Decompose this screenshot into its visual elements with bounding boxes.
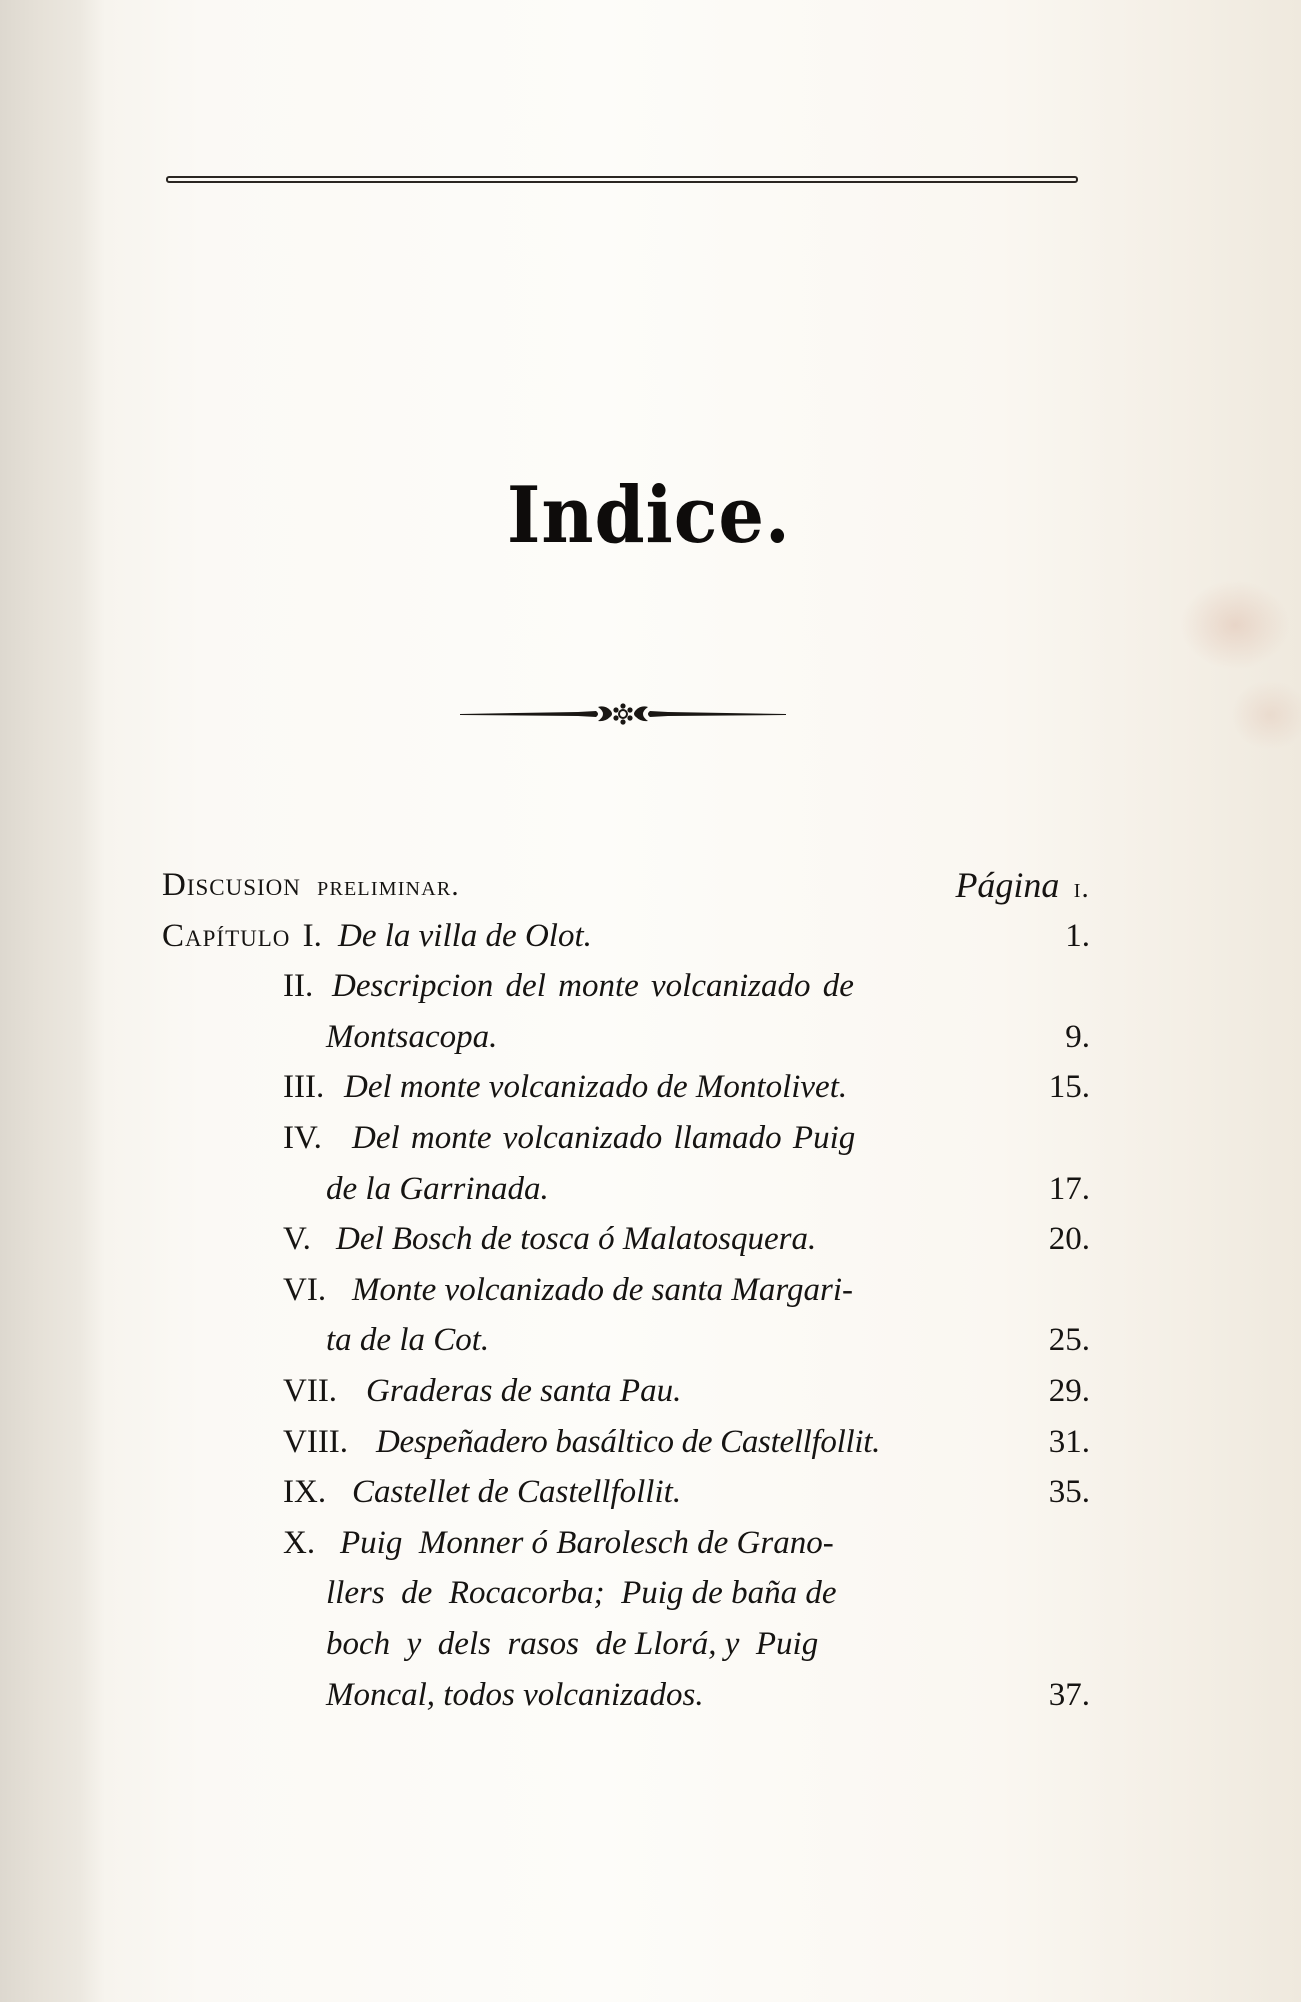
toc-entry-chapter-4[interactable]: IV. Del monte volcanizado llamado Puig: [162, 1113, 1090, 1164]
toc-entry-chapter-10-continued[interactable]: boch y dels rasos de Llorá, y Puig: [162, 1619, 1090, 1670]
chapter-title: De la villa de Olot.: [338, 911, 592, 962]
chapter-label: Capítulo I.: [162, 911, 322, 962]
toc-entry-chapter-4-continued[interactable]: de la Garrinada. 17.: [162, 1164, 1090, 1215]
page-number: 17.: [1049, 1164, 1090, 1215]
chapter-title: Del Bosch de tosca ó Malatosquera.: [336, 1214, 816, 1265]
chapter-title: Del monte volcanizado llamado Puig: [352, 1113, 855, 1164]
entry-label: Discusion preliminar.: [162, 860, 460, 912]
page-number: 31.: [1049, 1417, 1090, 1468]
chapter-numeral: VII.: [283, 1366, 337, 1417]
chapter-numeral: I.: [303, 918, 322, 954]
chapter-title: Del monte volcanizado de Montolivet.: [344, 1062, 847, 1113]
page-number: 20.: [1049, 1214, 1090, 1265]
chapter-numeral: III.: [283, 1062, 324, 1113]
ornament-divider-icon: [458, 700, 788, 730]
toc-entry-chapter-6-continued[interactable]: ta de la Cot. 25.: [162, 1315, 1090, 1366]
chapter-title: Puig Monner ó Barolesch de Grano-: [340, 1518, 834, 1569]
toc-entry-chapter-10-continued[interactable]: llers de Rocacorba; Puig de baña de: [162, 1568, 1090, 1619]
toc-entry-preliminary[interactable]: Discusion preliminar. Página i.: [162, 860, 1090, 911]
chapter-numeral: IX.: [283, 1467, 326, 1518]
chapter-title-continued: boch y dels rasos de Llorá, y Puig: [326, 1619, 818, 1670]
chapter-numeral: VI.: [283, 1265, 326, 1316]
chapter-numeral: VIII.: [283, 1417, 348, 1468]
toc-entry-chapter-3[interactable]: III. Del monte volcanizado de Montolivet…: [162, 1062, 1090, 1113]
chapter-title-continued: de la Garrinada.: [326, 1164, 549, 1215]
page-number: 25.: [1049, 1315, 1090, 1366]
chapter-title-continued: Moncal, todos volcanizados.: [326, 1670, 704, 1721]
chapter-title: Castellet de Castellfollit.: [352, 1467, 681, 1518]
page-number: 1.: [1065, 911, 1090, 962]
page-number: 15.: [1049, 1062, 1090, 1113]
chapter-numeral: X.: [283, 1518, 315, 1569]
toc-entry-chapter-8[interactable]: VIII. Despeñadero basáltico de Castellfo…: [162, 1417, 1090, 1468]
toc-entry-chapter-1[interactable]: Capítulo I. De la villa de Olot. 1.: [162, 911, 1090, 962]
chapter-title-continued: llers de Rocacorba; Puig de baña de: [326, 1568, 836, 1619]
page-number: Página i.: [955, 860, 1090, 914]
toc-entry-chapter-6[interactable]: VI. Monte volcanizado de santa Margari-: [162, 1265, 1090, 1316]
foxing-stain: [1180, 580, 1290, 670]
toc-entry-chapter-2-continued[interactable]: Montsacopa. 9.: [162, 1012, 1090, 1063]
page-number: 37.: [1049, 1670, 1090, 1721]
chapter-title: Descripcion del monte volcanizado de: [332, 961, 854, 1012]
chapter-title-continued: Montsacopa.: [326, 1012, 497, 1063]
page-title: Indice.: [50, 470, 1247, 561]
chapter-title: Despeñadero basáltico de Castellfollit.: [376, 1417, 880, 1468]
page-number: 9.: [1065, 1012, 1090, 1063]
foxing-stain: [1230, 680, 1301, 750]
chapter-numeral: IV.: [283, 1113, 322, 1164]
toc-entry-chapter-9[interactable]: IX. Castellet de Castellfollit. 35.: [162, 1467, 1090, 1518]
top-double-rule: [166, 176, 1078, 183]
chapter-title-continued: ta de la Cot.: [326, 1315, 489, 1366]
page-number: 35.: [1049, 1467, 1090, 1518]
chapter-title: Graderas de santa Pau.: [366, 1366, 681, 1417]
chapter-numeral: II.: [283, 961, 313, 1012]
page-number: 29.: [1049, 1366, 1090, 1417]
chapter-numeral: V.: [283, 1214, 311, 1265]
toc-entry-chapter-2[interactable]: II. Descripcion del monte volcanizado de: [162, 961, 1090, 1012]
toc-entry-chapter-10[interactable]: X. Puig Monner ó Barolesch de Grano-: [162, 1518, 1090, 1569]
chapter-title: Monte volcanizado de santa Margari-: [352, 1265, 853, 1316]
toc-entry-chapter-10-continued[interactable]: Moncal, todos volcanizados. 37.: [162, 1670, 1090, 1721]
scanned-book-page: Indice. Discusion preliminar. Página i.: [0, 0, 1301, 2002]
toc-entry-chapter-7[interactable]: VII. Graderas de santa Pau. 29.: [162, 1366, 1090, 1417]
table-of-contents: Discusion preliminar. Página i. Capítulo…: [162, 860, 1090, 1720]
toc-entry-chapter-5[interactable]: V. Del Bosch de tosca ó Malatosquera. 20…: [162, 1214, 1090, 1265]
